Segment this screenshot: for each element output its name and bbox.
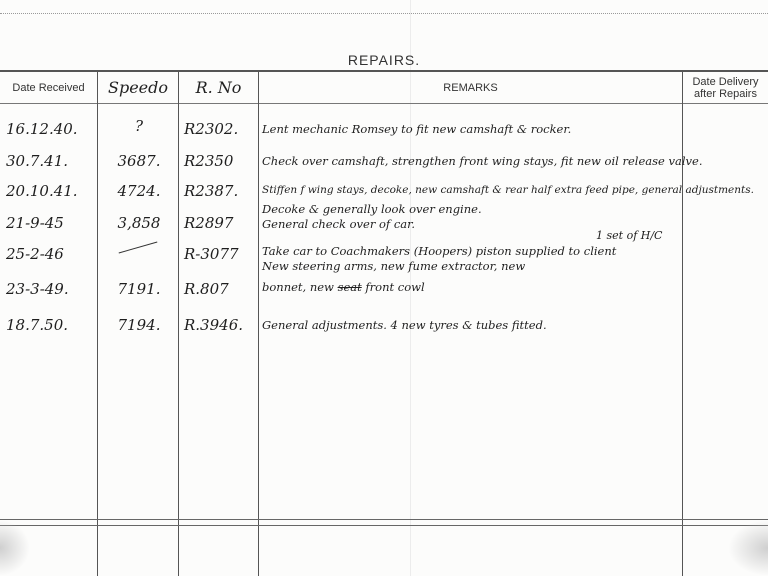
row-r-no: R.3946. xyxy=(184,316,243,334)
row-speedo: 3,858 xyxy=(104,214,174,232)
struck-word: seat xyxy=(338,280,362,294)
row-speedo: 7191. xyxy=(104,280,174,298)
column-divider xyxy=(178,72,179,576)
row-r-no: R2350 xyxy=(184,152,233,170)
row-r-no: R.807 xyxy=(184,280,229,298)
row-date: 20.10.41. xyxy=(6,182,78,200)
row-date: 18.7.50. xyxy=(6,316,68,334)
row-remarks: Take car to Coachmakers (Hoopers) piston… xyxy=(262,244,616,258)
row-remarks: bonnet, new seat front cowl xyxy=(262,280,425,294)
repairs-record-page: REPAIRS. Date Received Speedo R. No REMA… xyxy=(0,0,768,576)
row-remarks-note: 1 set of H/C xyxy=(596,229,662,242)
header-date-received: Date Received xyxy=(0,72,97,103)
row-date: 30.7.41. xyxy=(6,152,68,170)
column-divider xyxy=(258,72,259,576)
row-speedo: 4724. xyxy=(104,182,174,200)
row-speedo: 7194. xyxy=(104,316,174,334)
bottom-double-rule xyxy=(0,519,768,526)
page-title: REPAIRS. xyxy=(0,52,768,68)
header-r-no: R. No xyxy=(179,72,258,103)
scan-smudge xyxy=(728,520,768,576)
header-date-delivery: Date Delivery after Repairs xyxy=(683,72,768,103)
row-r-no: R-3077 xyxy=(184,245,239,263)
scan-smudge xyxy=(0,520,30,576)
header-speedo: Speedo xyxy=(98,72,178,103)
row-date: 21-9-45 xyxy=(6,214,64,232)
row-speedo: 3687. xyxy=(104,152,174,170)
row-speedo: ? xyxy=(104,117,174,135)
row-date: 16.12.40. xyxy=(6,120,78,138)
row-remarks: Decoke & generally look over engine. xyxy=(262,202,482,216)
header-remarks: REMARKS xyxy=(259,72,682,103)
column-divider xyxy=(97,72,98,576)
row-remarks: General check over of car. xyxy=(262,217,415,231)
header-bottom-border xyxy=(0,103,768,104)
row-r-no: R2897 xyxy=(184,214,233,232)
row-r-no: R2387. xyxy=(184,182,238,200)
row-r-no: R2302. xyxy=(184,120,238,138)
row-remarks: Check over camshaft, strengthen front wi… xyxy=(262,154,702,168)
row-remarks: New steering arms, new fume extractor, n… xyxy=(262,259,525,273)
row-speedo-dash xyxy=(119,242,158,254)
row-remarks: General adjustments. 4 new tyres & tubes… xyxy=(262,318,547,332)
column-divider xyxy=(682,72,683,576)
row-date: 23-3-49. xyxy=(6,280,69,298)
row-date: 25-2-46 xyxy=(6,245,64,263)
row-remarks: Stiffen f wing stays, decoke, new camsha… xyxy=(262,184,754,196)
row-remarks: Lent mechanic Romsey to fit new camshaft… xyxy=(262,122,571,136)
perforation-line xyxy=(0,13,768,14)
